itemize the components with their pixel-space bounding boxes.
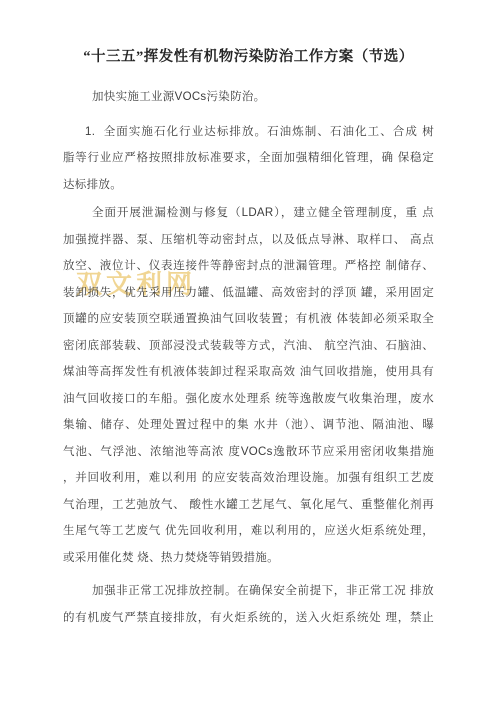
body-line: 生尾气等工艺废气 优先回收利用，难以利用的，应送火炬系统处理，	[63, 518, 434, 545]
paragraph-intro: 加快实施工业源VOCs污染防治。	[63, 84, 434, 111]
body-line: ，并回收利用，难以利用 的应安装高效治理设施。加强有组织工艺废	[63, 465, 434, 492]
body-line: 脂等行业应严格按照排放标准要求，全面加强精细化管理，确 保稳定	[63, 145, 434, 172]
body-line: 气治理，工艺弛放气、 酸性水罐工艺尾气、氧化尾气、重整催化剂再	[63, 492, 434, 519]
body-line: 顶罐的应安装顶空联通置换油气回收装置；有机液 体装卸必须采取全	[63, 306, 434, 333]
body-line: 或采用催化焚 烧、热力焚烧等销毁措施。	[63, 545, 434, 572]
body-line: 加快实施工业源VOCs污染防治。	[63, 84, 434, 111]
document-page: 双文利网 “十三五”挥发性有机物污染防治工作方案（节选） 加快实施工业源VOCs…	[0, 0, 500, 707]
document-content: “十三五”挥发性有机物污染防治工作方案（节选） 加快实施工业源VOCs污染防治。…	[63, 46, 434, 631]
body-line: 达标排放。	[63, 172, 434, 199]
body-line: 装卸损失，优先采用压力罐、低温罐、高效密封的浮顶 罐，采用固定	[63, 280, 434, 307]
document-title: “十三五”挥发性有机物污染防治工作方案（节选）	[63, 46, 434, 68]
paragraph-3: 加强非正常工况排放控制。在确保安全前提下，非正常工况 排放 的有机废气严禁直接排…	[63, 578, 434, 631]
body-line: 放空、液位计、仪表连接件等静密封点的泄漏管理。严格控 制储存、	[63, 253, 434, 280]
paragraph-1: 1. 全面实施石化行业达标排放。石油炼制、石油化工、合成 树 脂等行业应严格按照…	[63, 119, 434, 199]
body-line: 煤油等高挥发性有机液体装卸过程采取高效 油气回收措施，使用具有	[63, 359, 434, 386]
body-line: 气池、气浮池、浓缩池等高浓 度VOCs逸散环节应采用密闭收集措施	[63, 439, 434, 466]
body-line: 加强非正常工况排放控制。在确保安全前提下，非正常工况 排放	[63, 578, 434, 605]
body-line: 加强搅拌器、泵、压缩机等动密封点，以及低点导淋、取样口、 高点	[63, 227, 434, 254]
body-line: 全面开展泄漏检测与修复（LDAR），建立健全管理制度，重 点	[63, 200, 434, 227]
body-line: 密闭底部装载、顶部浸没式装载等方式，汽油、 航空汽油、石脑油、	[63, 333, 434, 360]
body-line: 的有机废气严禁直接排放，有火炬系统的，送入火炬系统处 理，禁止	[63, 605, 434, 632]
body-line: 集输、储存、处理处置过程中的集 水井（池）、调节池、隔油池、曝	[63, 412, 434, 439]
paragraph-2: 全面开展泄漏检测与修复（LDAR），建立健全管理制度，重 点 加强搅拌器、泵、压…	[63, 200, 434, 571]
body-line: 油气回收接口的车船。强化废水处理系 统等逸散废气收集治理，废水	[63, 386, 434, 413]
body-line: 1. 全面实施石化行业达标排放。石油炼制、石油化工、合成 树	[63, 119, 434, 146]
